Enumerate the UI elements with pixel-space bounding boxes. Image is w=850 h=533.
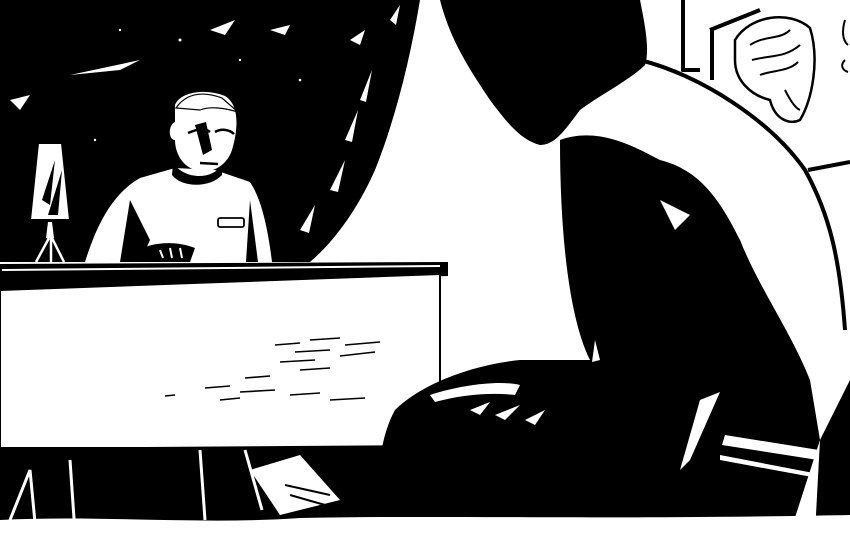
illustration-scene xyxy=(0,0,850,533)
